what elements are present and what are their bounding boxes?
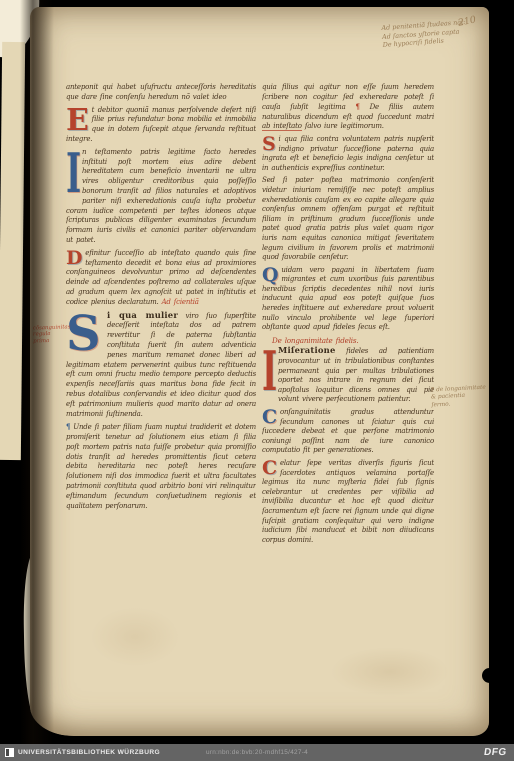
- paragraph: anteponit qui habet uſufructu anteceſſor…: [66, 83, 256, 103]
- page-edge-notch: [482, 668, 491, 683]
- paragraph: Conſanguinitatis gradus attenduntur ſecu…: [262, 408, 434, 456]
- incipit-text: i qua mulier: [107, 310, 178, 320]
- red-underlined-text: ab inteſtato: [262, 122, 302, 131]
- initial-S: S: [262, 136, 276, 153]
- library-logo-icon: [5, 748, 14, 757]
- margin-note-right: ⁋ de longanimitate & pacientia ſermo.: [430, 384, 489, 409]
- body-text: Unde ſi pater filiam ſuam nuptui tradide…: [66, 423, 256, 509]
- paragraph: Sed ſi pater poſtea matrimonio conſenſer…: [262, 176, 434, 262]
- initial-C: C: [262, 409, 277, 426]
- body-text: anteponit qui habet uſufructu anteceſſor…: [66, 83, 256, 101]
- body-text: i qua filia contra voluntatem patris nup…: [262, 135, 434, 172]
- paragraph: ¶ Unde ſi pater filiam ſuam nuptui tradi…: [66, 422, 256, 511]
- body-text: ſalvo iure legitimorum.: [302, 122, 384, 130]
- paragraph: Quidam vero pagani in libertatem ſuam mi…: [262, 266, 434, 333]
- parchment-stain: [90, 607, 180, 667]
- paragraph: Definitur ſucceſſio ab inteſtato quando …: [66, 249, 256, 308]
- text-column-left: anteponit qui habet uſufructu anteceſſor…: [66, 83, 256, 561]
- body-text: fideles ad patientiam provocantur ut in …: [278, 347, 434, 403]
- body-text: Sed ſi pater poſtea matrimonio conſenſer…: [262, 176, 434, 261]
- body-text: elatur ſepe veritas diverſis figuris ſic…: [262, 459, 434, 544]
- footer-bar: UNIVERSITÄTSBIBLIOTHEK WÜRZBURG urn:nbn:…: [0, 744, 514, 761]
- paragraph: Celatur ſepe veritas diverſis figuris ſi…: [262, 459, 434, 545]
- paragraph: quia filius qui agitur non eſſe ſuum her…: [262, 83, 434, 132]
- incipit-text: Miſeratione: [278, 345, 335, 355]
- text-column-right: quia filius qui agitur non eſſe ſuum her…: [262, 83, 434, 561]
- paragraph: Et debitor quoniã manus perſolvende defe…: [66, 106, 256, 145]
- library-branding: UNIVERSITÄTSBIBLIOTHEK WÜRZBURG: [5, 748, 160, 757]
- body-text: n teſtamento patris legitime facto hered…: [66, 148, 256, 244]
- top-right-annotations: Ad penitentiã ſtudeas nat: Ad ſanctos yſ…: [381, 16, 495, 50]
- chapter-rubric: De longanimitate fidelis.: [272, 336, 434, 346]
- paragraph: Si qua mulier viro ſuo ſuperſtite deceſſ…: [66, 311, 256, 420]
- initial-C: C: [262, 460, 277, 477]
- manuscript-page: Ad penitentiã ſtudeas nat: Ad ſanctos yſ…: [30, 7, 489, 736]
- initial-Q: Q: [262, 267, 278, 284]
- body-text: t debitor quoniã manus perſolvende defer…: [66, 106, 256, 143]
- paragraph: In teſtamento patris legitime facto here…: [66, 148, 256, 246]
- initial-D: D: [66, 250, 82, 267]
- gutter-shadow: [20, 0, 54, 745]
- urn-identifier: urn:nbn:de:bvb:20-mdhf15/427-4: [206, 749, 308, 756]
- initial-I: I: [66, 149, 74, 199]
- dfg-logo: DFG: [484, 747, 508, 758]
- paragraph: IMiſeratione fideles ad patientiam provo…: [262, 346, 434, 405]
- initial-E: E: [66, 107, 89, 135]
- parchment-stain: [330, 647, 450, 697]
- scan-viewport: Ad penitentiã ſtudeas nat: Ad ſanctos yſ…: [0, 0, 514, 761]
- paragraph: Si qua filia contra voluntatem patris nu…: [262, 135, 434, 173]
- body-text: onſanguinitatis gradus attenduntur ſecun…: [262, 408, 434, 454]
- body-text: uidam vero pagani in libertatem ſuam mig…: [262, 266, 434, 332]
- initial-S: S: [66, 312, 104, 356]
- library-name: UNIVERSITÄTSBIBLIOTHEK WÜRZBURG: [18, 749, 160, 756]
- inline-rubric: Ad ſcientiã: [162, 298, 199, 306]
- initial-I: I: [262, 347, 270, 397]
